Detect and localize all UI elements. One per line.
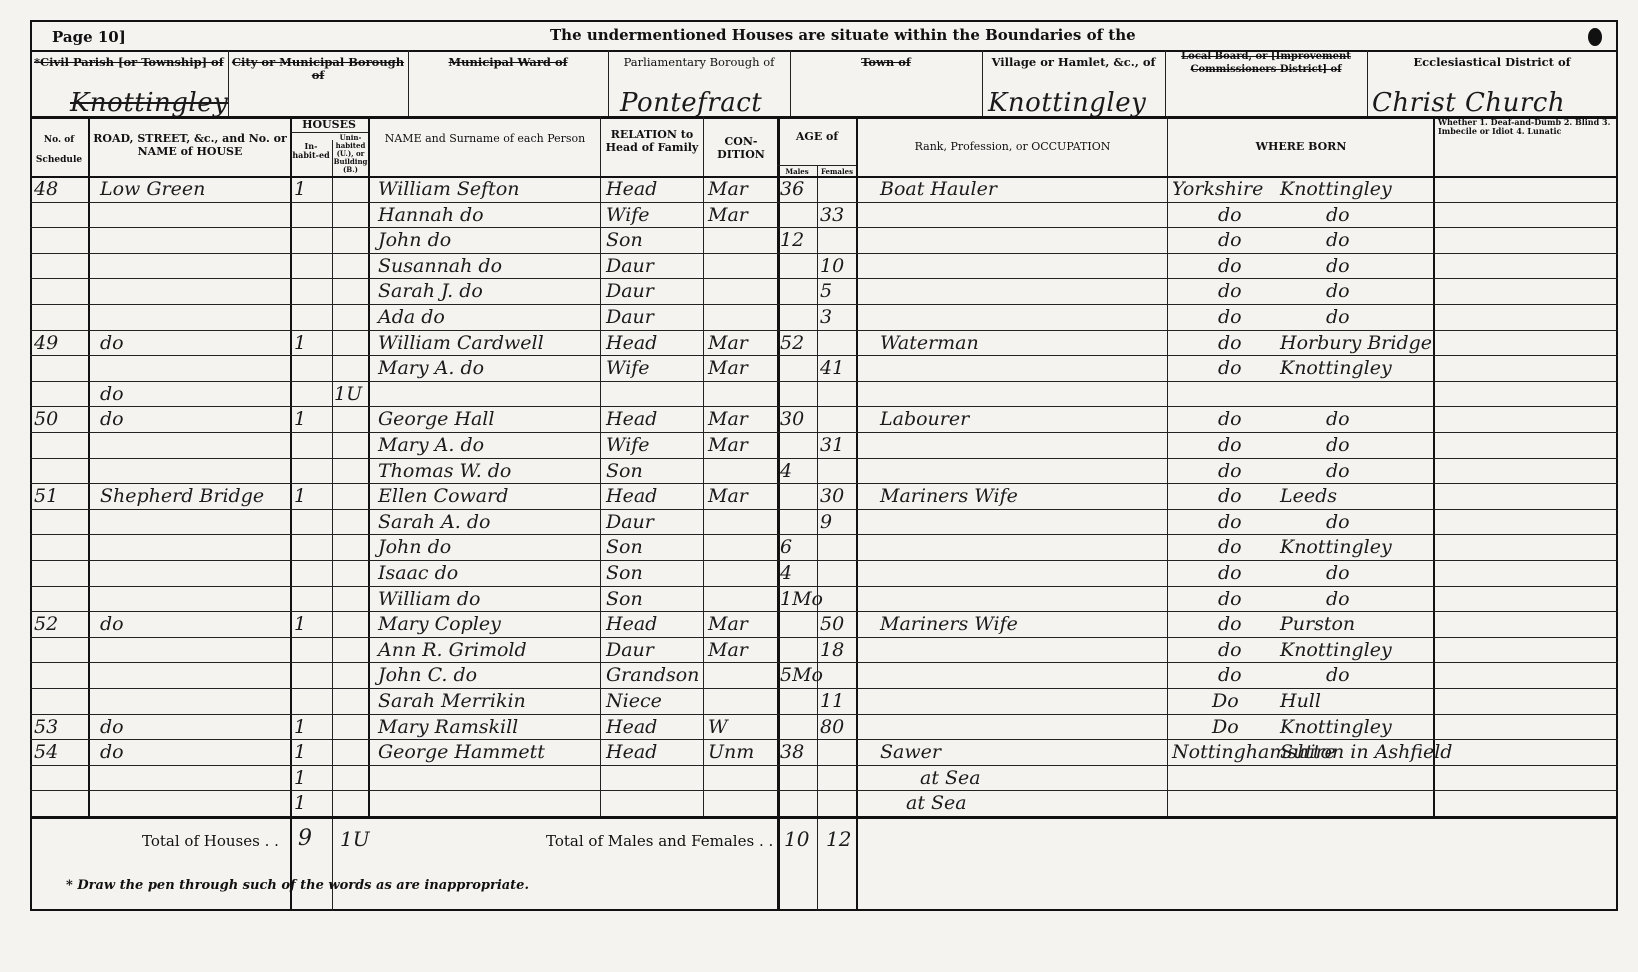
uninhabited-cell: 1U <box>334 383 362 405</box>
divider <box>30 116 1618 119</box>
inhabited-cell: 1 <box>294 485 306 507</box>
road-cell: Low Green <box>100 178 205 200</box>
born-county-cell: do <box>1218 280 1242 302</box>
female-age-cell: 9 <box>820 511 832 533</box>
civil-parish-label: *Civil Parish [or Township] of <box>34 56 228 69</box>
condition-cell: Mar <box>708 357 748 379</box>
relation-cell: Daur <box>606 255 654 277</box>
col-uninhabited: Unin-habited (U.), or Building (B.) <box>333 134 368 174</box>
total-uninhabited: 1U <box>340 828 370 850</box>
name-cell: Mary Copley <box>378 613 501 635</box>
total-inhabited: 9 <box>298 828 312 850</box>
male-age-cell: 6 <box>780 536 792 558</box>
schedule-cell: 51 <box>34 485 58 507</box>
road-cell: do <box>100 716 124 738</box>
name-cell: Mary Ramskill <box>378 716 518 738</box>
row-divider <box>30 330 1618 331</box>
born-county-cell: do <box>1218 408 1242 430</box>
divider <box>30 50 1618 52</box>
name-cell: George Hall <box>378 408 494 430</box>
row-divider <box>30 253 1618 254</box>
divider <box>332 140 333 911</box>
total-males: 10 <box>784 828 809 850</box>
born-place-cell: Purston <box>1280 613 1355 635</box>
born-county-cell: do <box>1218 434 1242 456</box>
born-place-cell: do <box>1326 306 1350 328</box>
row-divider <box>30 611 1618 612</box>
inhabited-cell: 1 <box>294 332 306 354</box>
born-county-cell: do <box>1218 332 1242 354</box>
born-county-cell: Yorkshire <box>1172 178 1263 200</box>
relation-cell: Wife <box>606 204 650 226</box>
name-cell: William do <box>378 588 481 610</box>
male-age-cell: 1Mo <box>780 588 823 610</box>
row-divider <box>30 765 1618 766</box>
relation-cell: Son <box>606 460 643 482</box>
name-cell: Sarah J. do <box>378 280 483 302</box>
occupation-cell: at Sea <box>906 792 967 814</box>
name-cell: John do <box>378 229 451 251</box>
born-place-cell: Sutton in Ashfield <box>1280 741 1452 763</box>
relation-cell: Son <box>606 562 643 584</box>
born-county-cell: do <box>1218 204 1242 226</box>
municipal-borough-label: City or Municipal Borough of <box>228 56 408 82</box>
row-divider <box>30 381 1618 382</box>
name-cell: Mary A. do <box>378 357 484 379</box>
born-place-cell: do <box>1326 280 1350 302</box>
schedule-cell: 53 <box>34 716 58 738</box>
col-inhabited: In-habit-ed <box>292 142 330 160</box>
condition-cell: Mar <box>708 639 748 661</box>
row-divider <box>30 739 1618 740</box>
male-age-cell: 52 <box>780 332 804 354</box>
municipal-ward-label: Municipal Ward of <box>408 56 608 69</box>
relation-cell: Daur <box>606 306 654 328</box>
village-value: Knottingley <box>988 88 1146 118</box>
name-cell: Ellen Coward <box>378 485 508 507</box>
born-place-cell: do <box>1326 229 1350 251</box>
schedule-cell: 52 <box>34 613 58 635</box>
born-place-cell: do <box>1326 588 1350 610</box>
town-label: Town of <box>790 56 982 69</box>
village-label: Village or Hamlet, &c., of <box>982 56 1165 69</box>
relation-cell: Head <box>606 716 657 738</box>
row-divider <box>30 790 1618 791</box>
born-place-cell: do <box>1326 460 1350 482</box>
born-county-cell: do <box>1218 511 1242 533</box>
inhabited-cell: 1 <box>294 613 306 635</box>
relation-cell: Head <box>606 613 657 635</box>
col-where-born: WHERE BORN <box>1170 140 1432 153</box>
condition-cell: Mar <box>708 408 748 430</box>
name-cell: Mary A. do <box>378 434 484 456</box>
relation-cell: Son <box>606 229 643 251</box>
parliamentary-borough-value: Pontefract <box>620 88 762 118</box>
page-title: The undermentioned Houses are situate wi… <box>550 26 1136 44</box>
male-age-cell: 38 <box>780 741 804 763</box>
road-cell: do <box>100 408 124 430</box>
row-divider <box>30 586 1618 587</box>
col-infirmity: Whether 1. Deaf-and-Dumb 2. Blind 3. Imb… <box>1438 118 1616 136</box>
col-condition: CON-DITION <box>706 135 776 161</box>
born-place-cell: do <box>1326 408 1350 430</box>
inhabited-cell: 1 <box>294 792 306 814</box>
divider <box>856 116 858 911</box>
row-divider <box>30 406 1618 407</box>
condition-cell: Mar <box>708 613 748 635</box>
female-age-cell: 41 <box>820 357 844 379</box>
col-relation: RELATION to Head of Family <box>602 128 702 154</box>
total-houses-label: Total of Houses . . <box>142 832 279 850</box>
divider <box>88 116 90 816</box>
col-age: AGE of <box>778 130 856 143</box>
ecclesiastical-district-label: Ecclesiastical District of <box>1367 56 1617 69</box>
row-divider <box>30 458 1618 459</box>
name-cell: George Hammett <box>378 741 545 763</box>
condition-cell: Unm <box>708 741 754 763</box>
relation-cell: Son <box>606 588 643 610</box>
divider <box>703 116 704 816</box>
female-age-cell: 30 <box>820 485 844 507</box>
row-divider <box>30 714 1618 715</box>
col-houses: HOUSES <box>290 118 368 131</box>
male-age-cell: 4 <box>780 562 792 584</box>
relation-cell: Wife <box>606 434 650 456</box>
relation-cell: Wife <box>606 357 650 379</box>
born-county-cell: do <box>1218 613 1242 635</box>
footnote: * Draw the pen through such of the words… <box>66 878 529 893</box>
born-county-cell: do <box>1218 562 1242 584</box>
divider <box>1433 116 1435 816</box>
born-county-cell: do <box>1218 229 1242 251</box>
relation-cell: Head <box>606 332 657 354</box>
born-place-cell: do <box>1326 562 1350 584</box>
relation-cell: Head <box>606 178 657 200</box>
divider <box>30 816 1618 819</box>
born-county-cell: do <box>1218 536 1242 558</box>
name-cell: Thomas W. do <box>378 460 511 482</box>
born-place-cell: Knottingley <box>1280 536 1392 558</box>
condition-cell: W <box>708 716 728 738</box>
row-divider <box>30 534 1618 535</box>
name-cell: Sarah A. do <box>378 511 490 533</box>
total-females: 12 <box>826 828 851 850</box>
inhabited-cell: 1 <box>294 716 306 738</box>
name-cell: Susannah do <box>378 255 502 277</box>
ink-blot <box>1588 28 1602 46</box>
divider <box>290 116 292 911</box>
divider <box>368 116 370 816</box>
born-county-cell: do <box>1218 639 1242 661</box>
occupation-cell: Sawer <box>880 741 941 763</box>
civil-parish-value: Knottingley <box>70 88 228 118</box>
divider <box>600 116 601 816</box>
male-age-cell: 36 <box>780 178 804 200</box>
born-place-cell: Knottingley <box>1280 178 1392 200</box>
row-divider <box>30 304 1618 305</box>
row-divider <box>30 227 1618 228</box>
born-place-cell: do <box>1326 255 1350 277</box>
row-divider <box>30 355 1618 356</box>
row-divider <box>30 432 1618 433</box>
name-cell: John C. do <box>378 664 477 686</box>
occupation-cell: Waterman <box>880 332 979 354</box>
male-age-cell: 5Mo <box>780 664 823 686</box>
schedule-cell: 48 <box>34 178 58 200</box>
relation-cell: Daur <box>606 511 654 533</box>
female-age-cell: 10 <box>820 255 844 277</box>
male-age-cell: 30 <box>780 408 804 430</box>
divider <box>777 165 856 166</box>
occupation-cell: Mariners Wife <box>880 485 1018 507</box>
female-age-cell: 31 <box>820 434 844 456</box>
relation-cell: Head <box>606 408 657 430</box>
col-road: ROAD, STREET, &c., and No. or NAME of HO… <box>92 132 288 158</box>
page-label: Page 10] <box>52 28 126 46</box>
condition-cell: Mar <box>708 178 748 200</box>
name-cell: William Sefton <box>378 178 520 200</box>
relation-cell: Head <box>606 485 657 507</box>
ecclesiastical-district-value: Christ Church <box>1372 88 1565 118</box>
road-cell: do <box>100 741 124 763</box>
name-cell: John do <box>378 536 451 558</box>
inhabited-cell: 1 <box>294 767 306 789</box>
condition-cell: Mar <box>708 485 748 507</box>
born-county-cell: do <box>1218 485 1242 507</box>
born-place-cell: Knottingley <box>1280 639 1392 661</box>
inhabited-cell: 1 <box>294 741 306 763</box>
row-divider <box>30 637 1618 638</box>
row-divider <box>30 483 1618 484</box>
name-cell: Hannah do <box>378 204 484 226</box>
road-cell: do <box>100 613 124 635</box>
occupation-cell: Labourer <box>880 408 969 430</box>
col-females: Females <box>818 168 856 176</box>
parliamentary-borough-label: Parliamentary Borough of <box>608 56 790 69</box>
col-name: NAME and Surname of each Person <box>375 132 595 145</box>
inhabited-cell: 1 <box>294 408 306 430</box>
born-county-cell: do <box>1218 460 1242 482</box>
name-cell: William Cardwell <box>378 332 544 354</box>
condition-cell: Mar <box>708 204 748 226</box>
condition-cell: Mar <box>708 434 748 456</box>
relation-cell: Daur <box>606 639 654 661</box>
road-cell: Shepherd Bridge <box>100 485 264 507</box>
born-county-cell: do <box>1218 357 1242 379</box>
inhabited-cell: 1 <box>294 178 306 200</box>
road-cell: do <box>100 332 124 354</box>
born-county-cell: do <box>1218 255 1242 277</box>
female-age-cell: 33 <box>820 204 844 226</box>
occupation-cell: Boat Hauler <box>880 178 997 200</box>
born-place-cell: Knottingley <box>1280 357 1392 379</box>
female-age-cell: 50 <box>820 613 844 635</box>
row-divider <box>30 688 1618 689</box>
born-county-cell: Do <box>1212 716 1239 738</box>
born-place-cell: Knottingley <box>1280 716 1392 738</box>
born-county-cell: do <box>1218 588 1242 610</box>
born-county-cell: do <box>1218 664 1242 686</box>
row-divider <box>30 202 1618 203</box>
row-divider <box>30 509 1618 510</box>
occupation-cell: Mariners Wife <box>880 613 1018 635</box>
relation-cell: Grandson <box>606 664 699 686</box>
born-place-cell: Leeds <box>1280 485 1337 507</box>
female-age-cell: 5 <box>820 280 832 302</box>
female-age-cell: 18 <box>820 639 844 661</box>
born-place-cell: Horbury Bridge <box>1280 332 1432 354</box>
col-males: Males <box>778 168 816 176</box>
born-place-cell: do <box>1326 664 1350 686</box>
total-persons-label: Total of Males and Females . . <box>546 832 773 850</box>
male-age-cell: 4 <box>780 460 792 482</box>
census-sheet: Page 10] The undermentioned Houses are s… <box>30 20 1620 913</box>
row-divider <box>30 560 1618 561</box>
road-cell: do <box>100 383 124 405</box>
relation-cell: Niece <box>606 690 662 712</box>
local-board-label: Local Board, or [Improvement Commissione… <box>1165 50 1367 76</box>
female-age-cell: 11 <box>820 690 844 712</box>
schedule-cell: 50 <box>34 408 58 430</box>
schedule-cell: 49 <box>34 332 58 354</box>
name-cell: Ann R. Grimold <box>378 639 527 661</box>
male-age-cell: 12 <box>780 229 804 251</box>
name-cell: Ada do <box>378 306 445 328</box>
born-place-cell: do <box>1326 204 1350 226</box>
name-cell: Isaac do <box>378 562 458 584</box>
born-county-cell: do <box>1218 306 1242 328</box>
born-place-cell: Hull <box>1280 690 1321 712</box>
name-cell: Sarah Merrikin <box>378 690 526 712</box>
born-place-cell: do <box>1326 434 1350 456</box>
row-divider <box>30 662 1618 663</box>
row-divider <box>30 278 1618 279</box>
divider <box>1167 116 1168 816</box>
relation-cell: Son <box>606 536 643 558</box>
relation-cell: Daur <box>606 280 654 302</box>
divider <box>817 165 818 911</box>
relation-cell: Head <box>606 741 657 763</box>
col-schedule: No. of Schedule <box>30 130 88 170</box>
condition-cell: Mar <box>708 332 748 354</box>
occupation-cell: at Sea <box>920 767 981 789</box>
female-age-cell: 3 <box>820 306 832 328</box>
col-occupation: Rank, Profession, or OCCUPATION <box>860 140 1165 153</box>
female-age-cell: 80 <box>820 716 844 738</box>
born-county-cell: Do <box>1212 690 1239 712</box>
born-place-cell: do <box>1326 511 1350 533</box>
schedule-cell: 54 <box>34 741 58 763</box>
